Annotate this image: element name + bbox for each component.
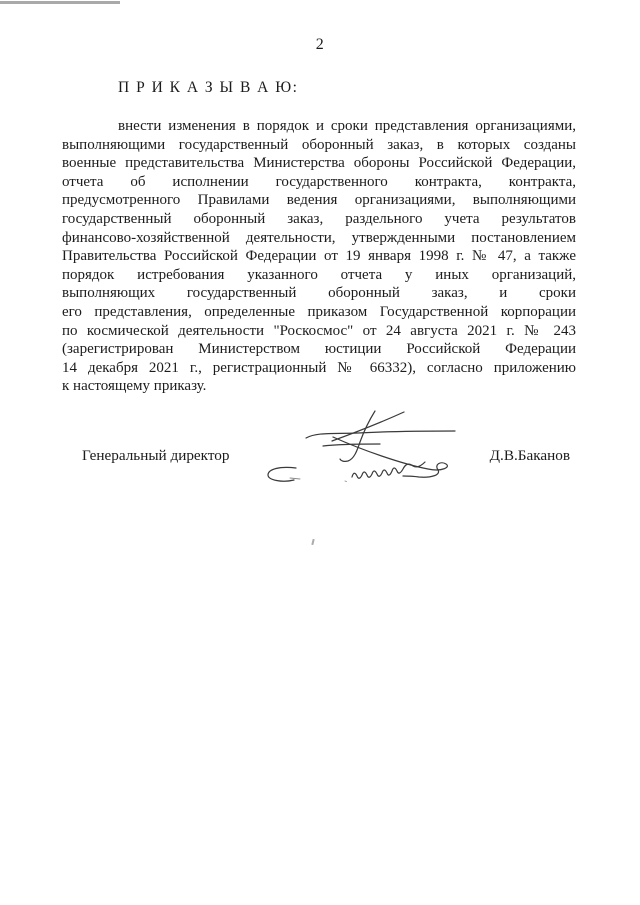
paragraph-line: выполняющими государственный оборонный з… xyxy=(62,136,576,155)
paragraph-line: предусмотренного Правилами ведения орган… xyxy=(62,191,576,210)
document-page: 2 П Р И К А З Ы В А Ю: внести изменения … xyxy=(0,0,640,905)
signer-title: Генеральный директор xyxy=(82,447,229,465)
paragraph-line: Правительства Российской Федерации от 19… xyxy=(62,247,576,266)
paragraph-line: (зарегистрирован Министерством юстиции Р… xyxy=(62,340,576,359)
paragraph-line: порядок истребования указанного отчета у… xyxy=(62,266,576,285)
body-paragraph: внести изменения в порядок и сроки предс… xyxy=(62,117,576,396)
paragraph-line: отчета об исполнении государственного ко… xyxy=(62,173,576,192)
order-heading: П Р И К А З Ы В А Ю: xyxy=(118,79,298,97)
page-number: 2 xyxy=(0,36,640,54)
paragraph-line: к настоящему приказу. xyxy=(62,377,576,396)
signer-name: Д.В.Баканов xyxy=(490,447,570,465)
paragraph-line: 14 декабря 2021 г., регистрационный № 66… xyxy=(62,359,576,378)
paragraph-line: финансово-хозяйственной деятельности, ут… xyxy=(62,229,576,248)
scan-artifact-speck xyxy=(311,539,314,545)
paragraph-line: по космической деятельности "Роскосмос" … xyxy=(62,322,576,341)
paragraph-line: военные представительства Министерства о… xyxy=(62,154,576,173)
paragraph-line: внести изменения в порядок и сроки предс… xyxy=(62,117,576,136)
paragraph-line: его представления, определенные приказом… xyxy=(62,303,576,322)
paragraph-line: государственный оборонный заказ, раздель… xyxy=(62,210,576,229)
scan-artifact-line xyxy=(0,1,120,4)
paragraph-line: выполняющих государственный оборонный за… xyxy=(62,284,576,303)
handwritten-signature xyxy=(262,406,497,491)
